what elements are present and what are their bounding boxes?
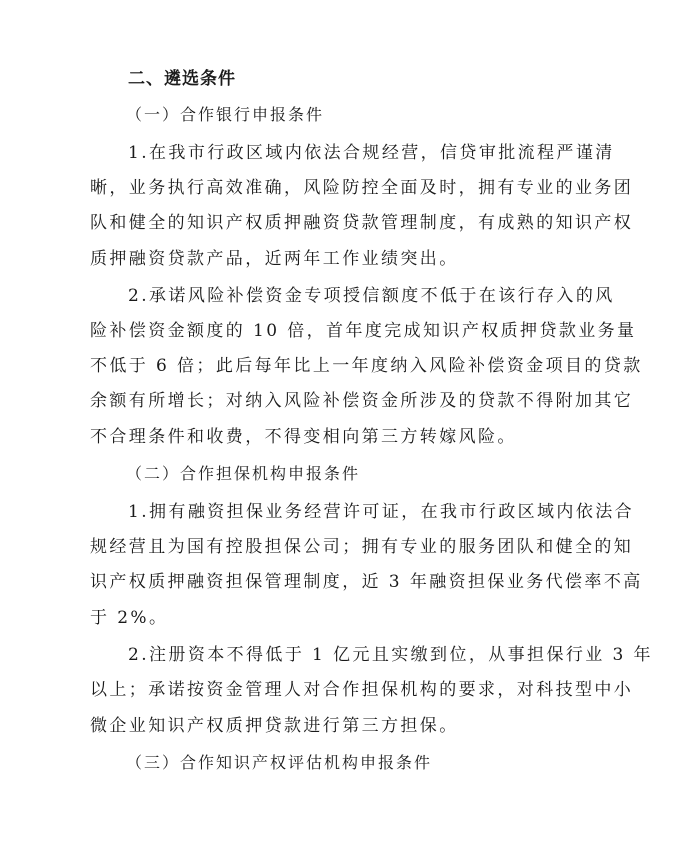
paragraph-line: 规经营且为国有控股担保公司；拥有专业的服务团队和健全的知 bbox=[90, 536, 614, 558]
section-heading: 二、遴选条件 bbox=[128, 68, 236, 90]
paragraph-line: 晰，业务执行高效准确，风险防控全面及时，拥有专业的业务团 bbox=[90, 177, 614, 199]
paragraph-line: 识产权质押融资担保管理制度，近 3 年融资担保业务代偿率不高 bbox=[90, 571, 614, 593]
subsection-title-1: （一）合作银行申报条件 bbox=[126, 104, 324, 126]
paragraph-line: 险补偿资金额度的 10 倍，首年度完成知识产权质押贷款业务量 bbox=[90, 320, 614, 342]
paragraph-line: 质押融资贷款产品，近两年工作业绩突出。 bbox=[90, 248, 459, 270]
subsection-title-2: （二）合作担保机构申报条件 bbox=[126, 463, 360, 485]
paragraph-line: 1.在我市行政区域内依法合规经营，信贷审批流程严谨清 bbox=[128, 142, 614, 164]
paragraph-line: 于 2%。 bbox=[90, 607, 168, 629]
paragraph-line: 微企业知识产权质押贷款进行第三方担保。 bbox=[90, 715, 459, 737]
subsection-title-3: （三）合作知识产权评估机构申报条件 bbox=[126, 752, 432, 774]
paragraph-line: 2.承诺风险补偿资金专项授信额度不低于在该行存入的风 bbox=[128, 285, 614, 307]
paragraph-line: 不低于 6 倍；此后每年比上一年度纳入风险补偿资金项目的贷款 bbox=[90, 355, 614, 377]
paragraph-line: 不合理条件和收费，不得变相向第三方转嫁风险。 bbox=[90, 426, 517, 448]
paragraph-line: 余额有所增长；对纳入风险补偿资金所涉及的贷款不得附加其它 bbox=[90, 390, 614, 412]
paragraph-line: 以上；承诺按资金管理人对合作担保机构的要求，对科技型中小 bbox=[90, 679, 614, 701]
paragraph-line: 2.注册资本不得低于 1 亿元且实缴到位，从事担保行业 3 年 bbox=[128, 644, 614, 666]
paragraph-line: 1.拥有融资担保业务经营许可证，在我市行政区域内依法合 bbox=[128, 501, 614, 523]
paragraph-line: 队和健全的知识产权质押融资贷款管理制度，有成熟的知识产权 bbox=[90, 212, 614, 234]
